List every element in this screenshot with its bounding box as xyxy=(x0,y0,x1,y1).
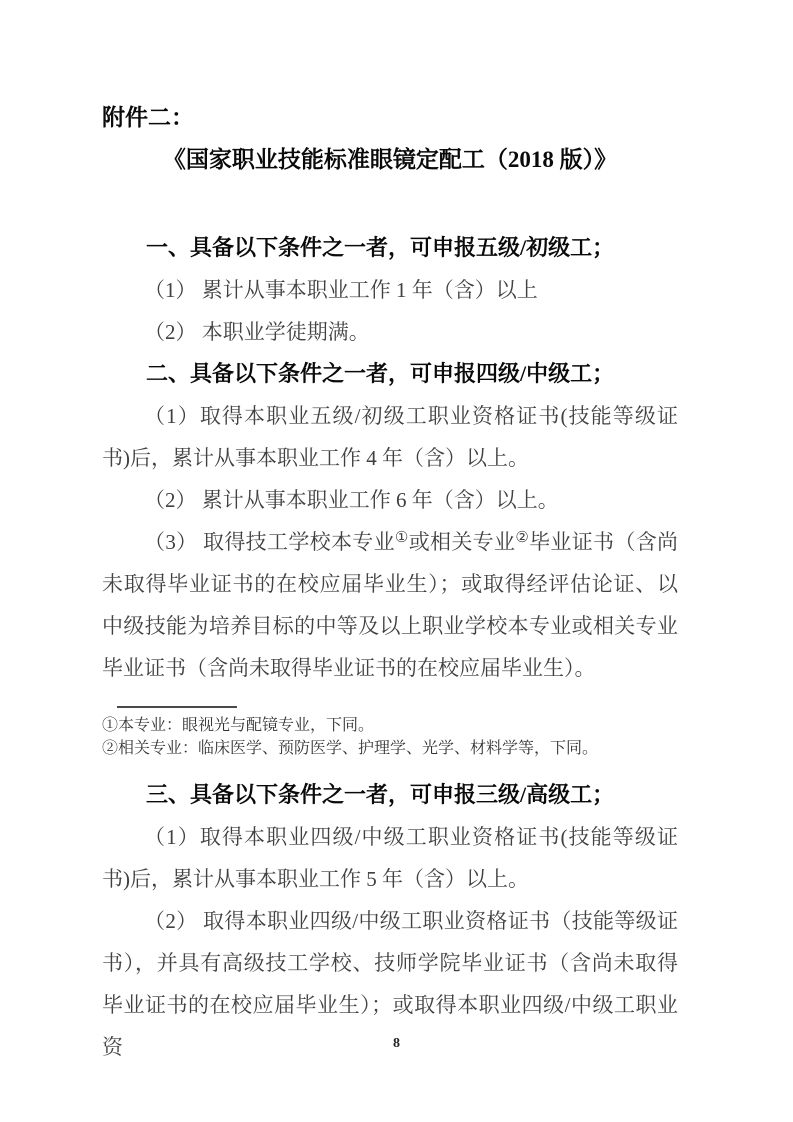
document-content: 附件二： 《国家职业技能标准眼镜定配工（2018 版）》 一、具备以下条件之一者… xyxy=(102,0,678,1068)
section-1-item-1: （1） 累计从事本职业工作 1 年（含）以上 xyxy=(102,269,678,311)
section-2-item-2: （2） 累计从事本职业工作 6 年（含）以上。 xyxy=(102,479,678,521)
document-title: 《国家职业技能标准眼镜定配工（2018 版）》 xyxy=(102,139,678,181)
footnote-1: ①本专业：眼视光与配镜专业，下同。 xyxy=(102,714,678,737)
page-number: 8 xyxy=(0,1036,793,1052)
footnote-ref-1: ① xyxy=(395,530,409,546)
footnote-divider xyxy=(117,706,237,708)
footnote-2: ②相关专业：临床医学、预防医学、护理学、光学、材料学等，下同。 xyxy=(102,737,678,760)
section-1-heading: 一、具备以下条件之一者，可申报五级/初级工； xyxy=(102,227,678,269)
para-text: （3） 取得技工学校本专业 xyxy=(144,530,395,554)
document-page: 附件二： 《国家职业技能标准眼镜定配工（2018 版）》 一、具备以下条件之一者… xyxy=(0,0,793,1122)
section-1-item-2: （2） 本职业学徒期满。 xyxy=(102,311,678,353)
para-text: 或相关专业 xyxy=(409,530,516,554)
section-2-item-1: （1）取得本职业五级/初级工职业资格证书(技能等级证书)后，累计从事本职业工作 … xyxy=(102,395,678,479)
footnote-ref-2: ② xyxy=(515,530,529,546)
section-2-heading: 二、具备以下条件之一者，可申报四级/中级工； xyxy=(102,353,678,395)
section-2-item-3: （3） 取得技工学校本专业①或相关专业②毕业证书（含尚未取得毕业证书的在校应届毕… xyxy=(102,521,678,689)
attachment-label: 附件二： xyxy=(102,97,678,139)
section-3-item-1: （1）取得本职业四级/中级工职业资格证书(技能等级证书)后，累计从事本职业工作 … xyxy=(102,816,678,900)
section-3-heading: 三、具备以下条件之一者，可申报三级/高级工； xyxy=(102,774,678,816)
